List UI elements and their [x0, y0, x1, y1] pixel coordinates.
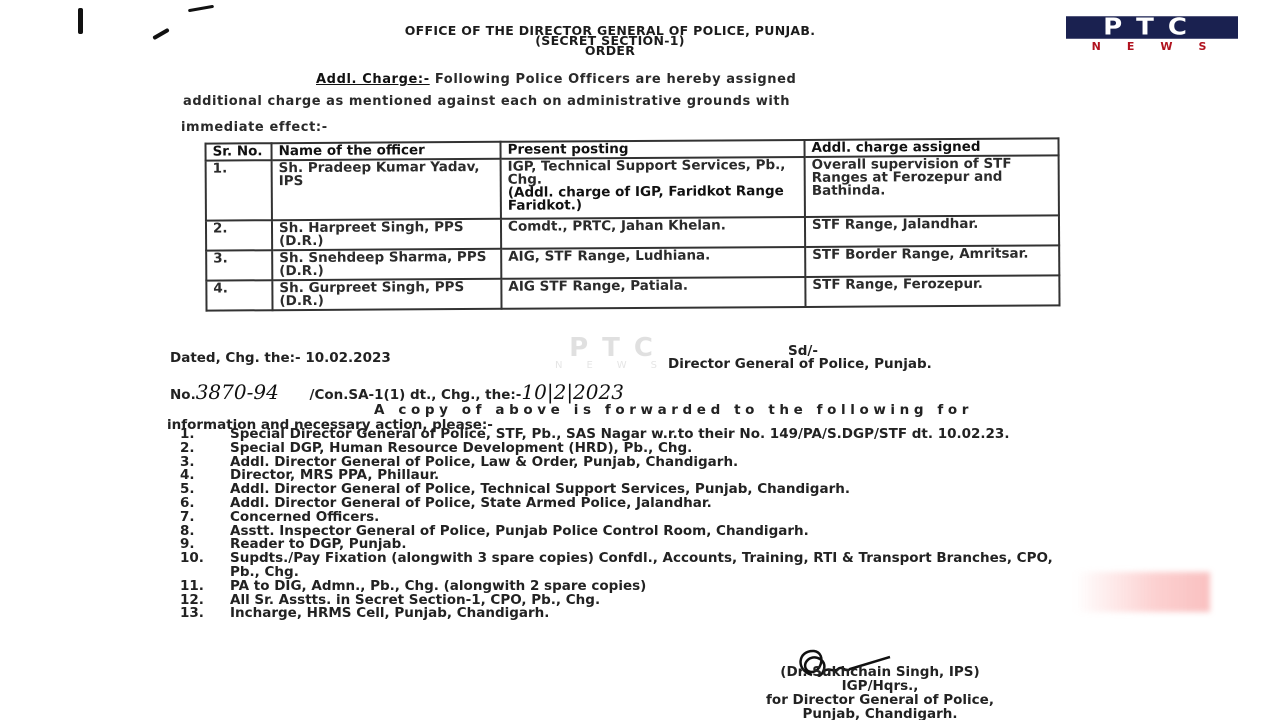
cell-charge: STF Range, Ferozepur. [805, 275, 1059, 307]
intro-line-2: additional charge as mentioned against e… [183, 94, 1043, 109]
signatory-for-line: for Director General of Police, [690, 693, 1070, 707]
order-title: ORDER [240, 45, 980, 57]
signature-block: (Dr. Sukhchain Singh, IPS) IGP/Hqrs., fo… [690, 665, 1070, 720]
endorsement-number-line: No.3870-94 /Con.SA-1(1) dt., Chg., the:-… [170, 380, 624, 404]
copy-forward-line-1: A copy of above is forwarded to the foll… [374, 402, 1070, 418]
ptc-news-logo: PTC NEWS [1066, 15, 1238, 53]
logo-ptc-text: PTC [1066, 16, 1238, 39]
cell-charge: Overall supervision of STF Ranges at Fer… [805, 155, 1059, 217]
signatory-designation: IGP/Hqrs., [690, 679, 1070, 693]
no-prefix: No. [170, 387, 196, 403]
intro-line-1: Addl. Charge:- Following Police Officers… [316, 72, 1036, 87]
cell-sr: 2. [206, 220, 272, 250]
addl-charge-heading: Addl. Charge:- [316, 72, 430, 87]
handwritten-date: 10|2|2023 [521, 380, 624, 404]
cell-posting: Comdt., PRTC, Jahan Khelan. [501, 217, 805, 249]
cell-sr: 1. [206, 160, 272, 220]
list-item: 10.Supdts./Pay Fixation (alongwith 3 spa… [180, 552, 1080, 580]
signatory-place: Punjab, Chandigarh. [690, 707, 1070, 720]
cell-posting: IGP, Technical Support Services, Pb., Ch… [501, 157, 805, 219]
scan-mark [188, 5, 214, 12]
dgp-signatory: Director General of Police, Punjab. [668, 356, 932, 372]
cell-charge: STF Range, Jalandhar. [805, 215, 1059, 247]
intro-line-3: immediate effect:- [181, 120, 328, 135]
cell-name: Sh. Harpreet Singh, PPS (D.R.) [272, 219, 501, 250]
cell-charge: STF Border Range, Amritsar. [805, 245, 1059, 277]
header-present-posting: Present posting [500, 140, 804, 159]
table-row: 4. Sh. Gurpreet Singh, PPS (D.R.) AIG ST… [206, 275, 1059, 310]
table-row: 1. Sh. Pradeep Kumar Yadav, IPS IGP, Tec… [206, 155, 1059, 220]
cell-posting: AIG, STF Range, Ludhiana. [501, 247, 805, 279]
cell-sr: 3. [206, 250, 272, 280]
no-suffix: /Con.SA-1(1) dt., Chg., the:- [310, 387, 522, 403]
cell-name: Sh. Snehdeep Sharma, PPS (D.R.) [272, 249, 501, 280]
intro-text-1: Following Police Officers are hereby ass… [430, 72, 797, 87]
signatory-name: (Dr. Sukhchain Singh, IPS) [690, 665, 1070, 679]
recipients-list: 1.Special Director General of Police, ST… [180, 428, 1080, 621]
dated-line: Dated, Chg. the:- 10.02.2023 [170, 350, 391, 366]
officers-table: Sr. No. Name of the officer Present post… [204, 137, 1060, 311]
scanned-order-document: PTC NEWS OFFICE OF THE DIRECTOR GENERAL … [0, 0, 1280, 720]
logo-news-text: NEWS [1066, 40, 1238, 53]
header-name: Name of the officer [271, 142, 500, 160]
posting-extra: (Addl. charge of IGP, Faridkot Range Far… [508, 183, 784, 214]
scan-mark [152, 28, 170, 40]
handwritten-number: 3870-94 [196, 380, 279, 404]
header-sr-no: Sr. No. [205, 143, 271, 160]
scan-color-smudge [1075, 572, 1210, 612]
scan-mark [78, 8, 83, 34]
list-item: 13.Incharge, HRMS Cell, Punjab, Chandiga… [180, 607, 1080, 621]
cell-sr: 4. [206, 280, 272, 310]
cell-posting: AIG STF Range, Patiala. [501, 277, 805, 309]
cell-name: Sh. Pradeep Kumar Yadav, IPS [272, 159, 501, 220]
header-addl-charge: Addl. charge assigned [804, 138, 1058, 157]
cell-name: Sh. Gurpreet Singh, PPS (D.R.) [272, 279, 501, 310]
